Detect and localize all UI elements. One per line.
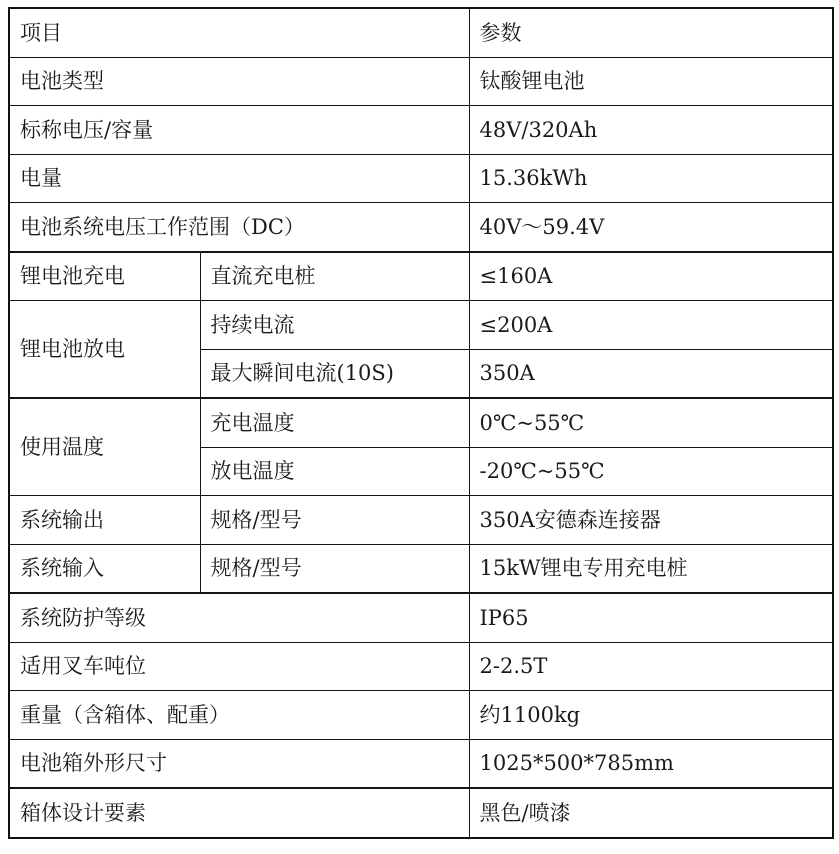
table-row-nominal-voltage-capacity: 标称电压/容量 48V/320Ah xyxy=(9,106,833,155)
item-cell: 使用温度 xyxy=(9,398,200,496)
sub-item-cell: 最大瞬间电流(10S) xyxy=(200,349,469,398)
sub-item-cell: 直流充电桩 xyxy=(200,252,469,301)
value-cell: 黑色/喷漆 xyxy=(469,788,833,838)
table-row-header: 项目 参数 xyxy=(9,8,833,57)
item-cell: 适用叉车吨位 xyxy=(9,642,469,691)
sub-item-cell: 规格/型号 xyxy=(200,544,469,593)
table-row-system-input: 系统输入 规格/型号 15kW锂电专用充电桩 xyxy=(9,544,833,593)
table-row-temp-charge: 使用温度 充电温度 0℃~55℃ xyxy=(9,398,833,447)
table-row-charge: 锂电池充电 直流充电桩 ≤160A xyxy=(9,252,833,301)
document-page: 项目 参数 电池类型 钛酸锂电池 标称电压/容量 48V/320Ah 电量 15… xyxy=(0,0,839,854)
value-cell: 2-2.5T xyxy=(469,642,833,691)
value-header-cell: 参数 xyxy=(469,8,833,57)
sub-item-cell: 放电温度 xyxy=(200,447,469,496)
sub-item-cell: 持续电流 xyxy=(200,301,469,350)
value-cell: 15kW锂电专用充电桩 xyxy=(469,544,833,593)
value-cell: ≤160A xyxy=(469,252,833,301)
value-cell: ≤200A xyxy=(469,301,833,350)
item-cell: 标称电压/容量 xyxy=(9,106,469,155)
item-cell: 箱体设计要素 xyxy=(9,788,469,838)
table-row-weight: 重量（含箱体、配重） 约1100kg xyxy=(9,691,833,740)
table-row-box-dimensions: 电池箱外形尺寸 1025*500*785mm xyxy=(9,739,833,788)
item-cell: 系统防护等级 xyxy=(9,593,469,642)
item-cell: 电池类型 xyxy=(9,57,469,106)
table-row-battery-type: 电池类型 钛酸锂电池 xyxy=(9,57,833,106)
table-row-system-output: 系统输出 规格/型号 350A安德森连接器 xyxy=(9,496,833,545)
table-row-discharge-continuous: 锂电池放电 持续电流 ≤200A xyxy=(9,301,833,350)
battery-spec-table: 项目 参数 电池类型 钛酸锂电池 标称电压/容量 48V/320Ah 电量 15… xyxy=(8,7,834,839)
table-row-energy: 电量 15.36kWh xyxy=(9,154,833,203)
value-cell: 350A xyxy=(469,349,833,398)
item-header-cell: 项目 xyxy=(9,8,469,57)
item-cell: 电量 xyxy=(9,154,469,203)
sub-item-cell: 充电温度 xyxy=(200,398,469,447)
item-cell: 电池系统电压工作范围（DC） xyxy=(9,203,469,252)
value-cell: 钛酸锂电池 xyxy=(469,57,833,106)
item-cell: 电池箱外形尺寸 xyxy=(9,739,469,788)
value-cell: 40V～59.4V xyxy=(469,203,833,252)
value-cell: 0℃~55℃ xyxy=(469,398,833,447)
item-cell: 系统输入 xyxy=(9,544,200,593)
table-row-voltage-working-range: 电池系统电压工作范围（DC） 40V～59.4V xyxy=(9,203,833,252)
value-cell: 15.36kWh xyxy=(469,154,833,203)
item-cell: 重量（含箱体、配重） xyxy=(9,691,469,740)
value-cell: 约1100kg xyxy=(469,691,833,740)
value-cell: 48V/320Ah xyxy=(469,106,833,155)
sub-item-cell: 规格/型号 xyxy=(200,496,469,545)
value-cell: -20℃~55℃ xyxy=(469,447,833,496)
table-row-forklift-tonnage: 适用叉车吨位 2-2.5T xyxy=(9,642,833,691)
value-cell: IP65 xyxy=(469,593,833,642)
item-cell: 锂电池充电 xyxy=(9,252,200,301)
value-cell: 1025*500*785mm xyxy=(469,739,833,788)
table-row-protection-rating: 系统防护等级 IP65 xyxy=(9,593,833,642)
item-cell: 锂电池放电 xyxy=(9,301,200,399)
item-cell: 系统输出 xyxy=(9,496,200,545)
value-cell: 350A安德森连接器 xyxy=(469,496,833,545)
table-row-box-design: 箱体设计要素 黑色/喷漆 xyxy=(9,788,833,838)
